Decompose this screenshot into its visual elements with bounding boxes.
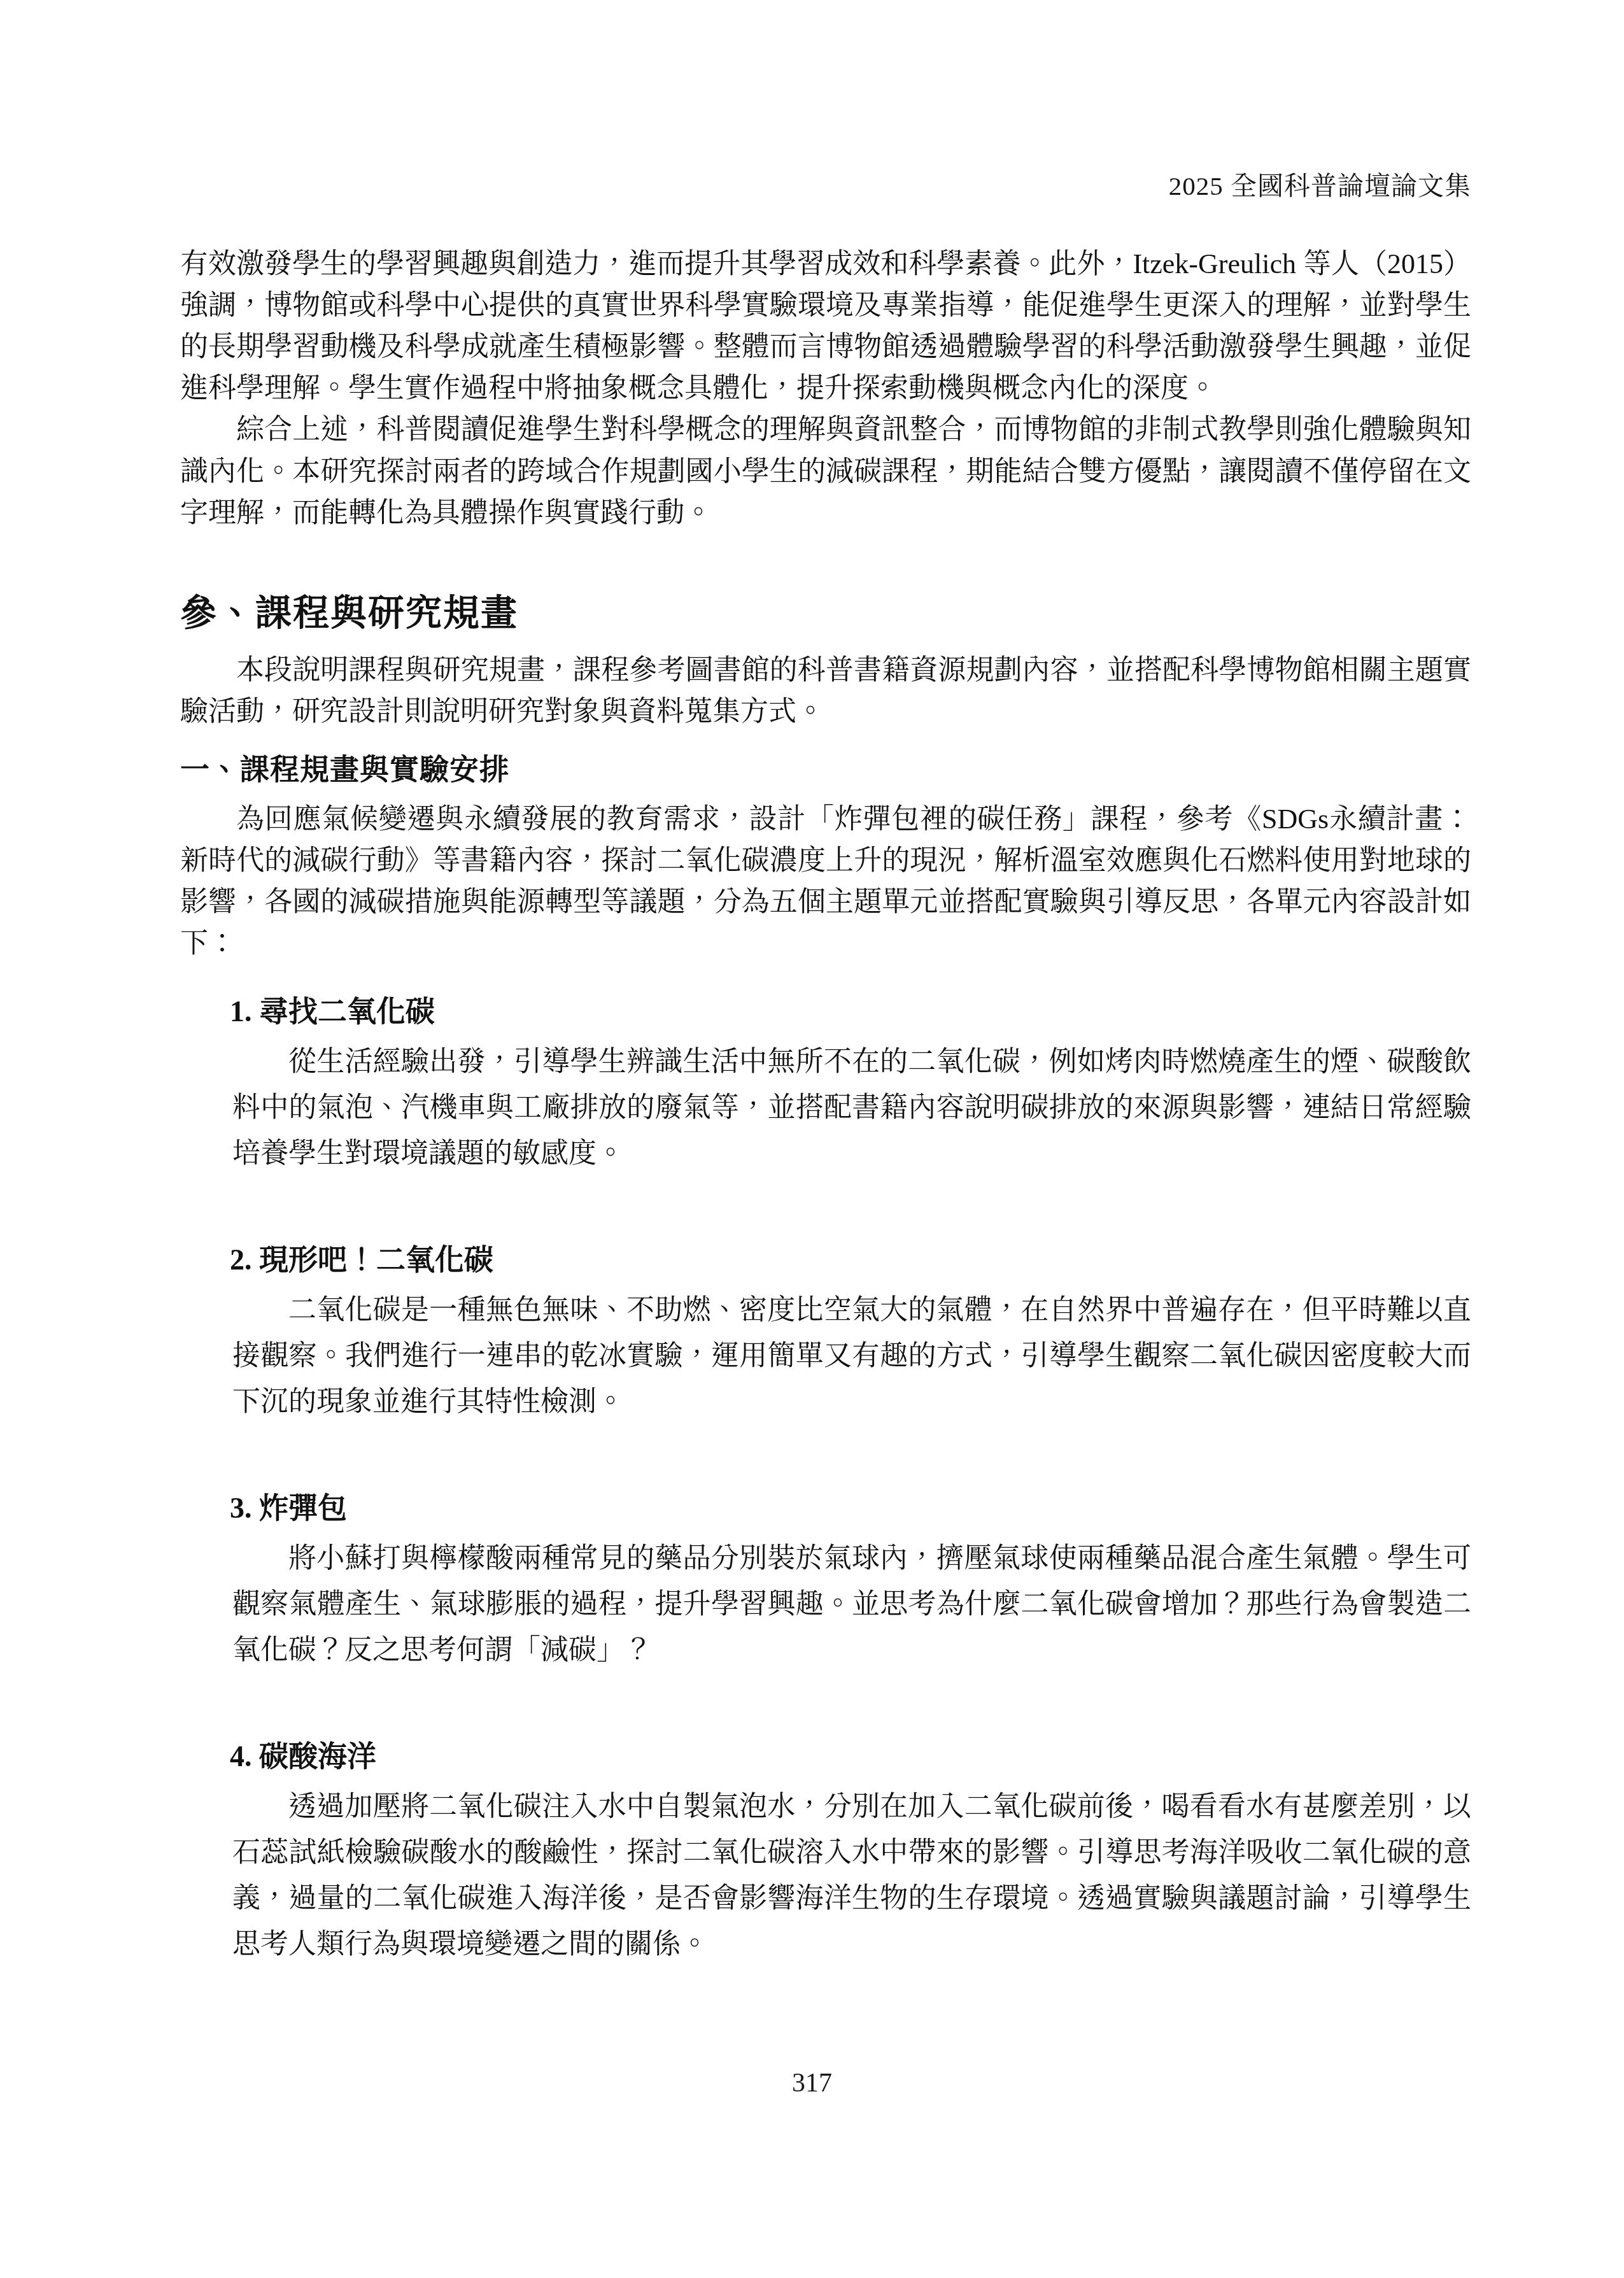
unit-4-heading: 4. 碳酸海洋 xyxy=(230,1738,1471,1775)
summary-paragraph: 綜合上述，科普閱讀促進學生對科學概念的理解與資訊整合，而博物館的非制式教學則強化… xyxy=(180,409,1471,533)
unit-3-paragraph: 將小蘇打與檸檬酸兩種常見的藥品分別裝於氣球內，擠壓氣球使兩種藥品混合產生氣體。學… xyxy=(232,1536,1471,1673)
unit-3: 3. 炸彈包 將小蘇打與檸檬酸兩種常見的藥品分別裝於氣球內，擠壓氣球使兩種藥品混… xyxy=(180,1490,1471,1673)
unit-4-paragraph: 透過加壓將二氧化碳注入水中自製氣泡水，分別在加入二氧化碳前後，喝看看水有甚麼差別… xyxy=(232,1784,1471,1968)
unit-1-paragraph: 從生活經驗出發，引導學生辨識生活中無所不在的二氧化碳，例如烤肉時燃燒產生的煙、碳… xyxy=(232,1039,1471,1177)
running-head: 2025 全國科普論壇論文集 xyxy=(180,171,1471,202)
continuation-paragraph: 有效激發學生的學習興趣與創造力，進而提升其學習成效和科學素養。此外，Itzek-… xyxy=(180,243,1471,409)
subsection-heading: 一、課程規畫與實驗安排 xyxy=(180,751,1471,788)
unit-4: 4. 碳酸海洋 透過加壓將二氧化碳注入水中自製氣泡水，分別在加入二氧化碳前後，喝… xyxy=(180,1738,1471,1967)
page-body: 有效激發學生的學習興趣與創造力，進而提升其學習成效和科學素養。此外，Itzek-… xyxy=(180,243,1471,1967)
unit-2-paragraph: 二氧化碳是一種無色無味、不助燃、密度比空氣大的氣體，在自然界中普遍存在，但平時難… xyxy=(232,1287,1471,1425)
unit-2: 2. 現形吧！二氧化碳 二氧化碳是一種無色無味、不助燃、密度比空氣大的氣體，在自… xyxy=(180,1242,1471,1425)
section-heading: 參、課程與研究規畫 xyxy=(180,592,1471,635)
unit-1: 1. 尋找二氧化碳 從生活經驗出發，引導學生辨識生活中無所不在的二氧化碳，例如烤… xyxy=(180,993,1471,1177)
unit-2-heading: 2. 現形吧！二氧化碳 xyxy=(230,1242,1471,1278)
subsection-intro-paragraph: 為回應氣候變遷與永續發展的教育需求，設計「炸彈包裡的碳任務」課程，參考《SDGs… xyxy=(180,798,1471,964)
unit-3-heading: 3. 炸彈包 xyxy=(230,1490,1471,1527)
unit-1-heading: 1. 尋找二氧化碳 xyxy=(230,993,1471,1030)
page-number: 317 xyxy=(0,2068,1624,2098)
document-page: 2025 全國科普論壇論文集 有效激發學生的學習興趣與創造力，進而提升其學習成效… xyxy=(0,0,1624,2278)
section-intro-paragraph: 本段說明課程與研究規畫，課程參考圖書館的科普書籍資源規劃內容，並搭配科學博物館相… xyxy=(180,649,1471,732)
